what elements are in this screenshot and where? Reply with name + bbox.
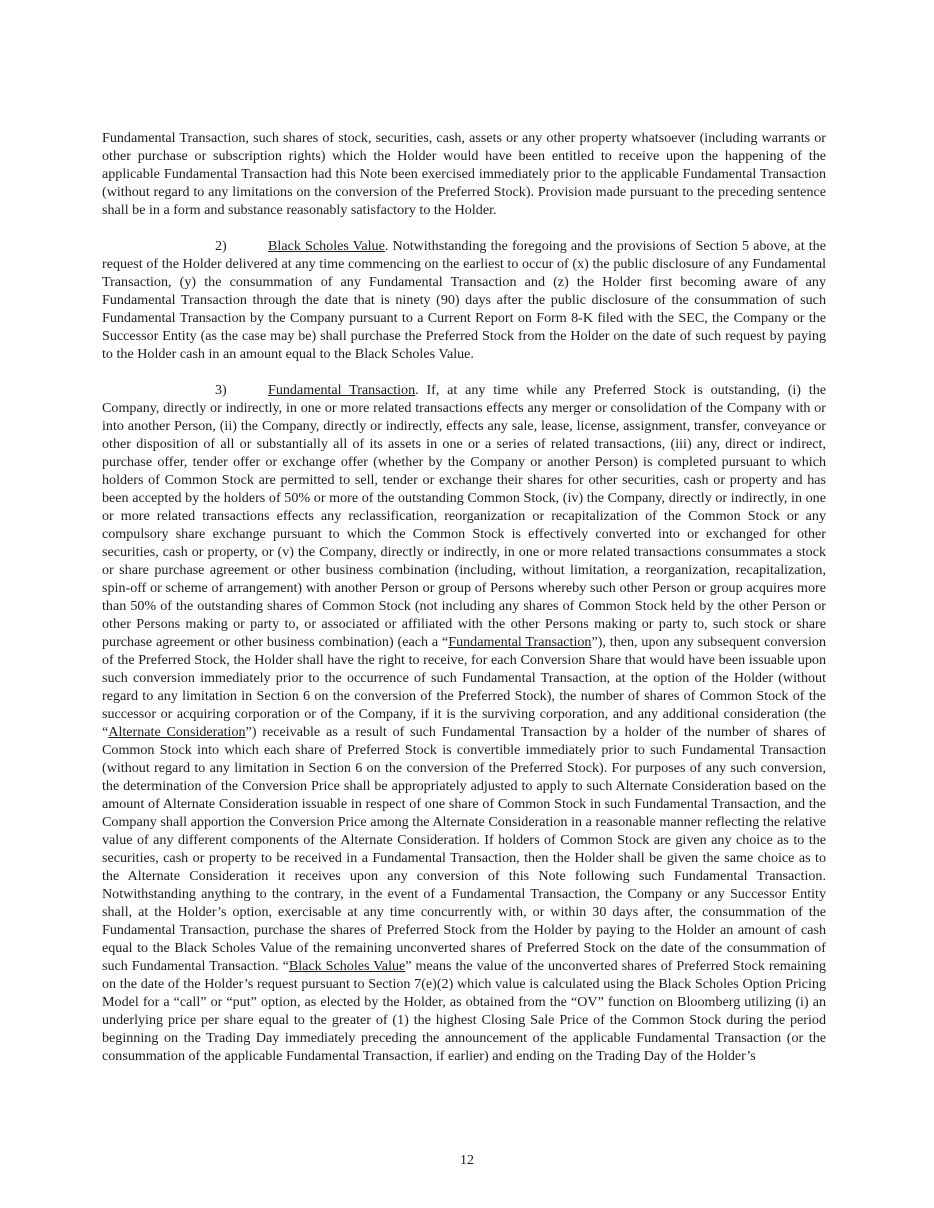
paragraph-text: . Notwithstanding the foregoing and the …: [102, 238, 826, 362]
defined-term: Fundamental Transaction: [448, 634, 591, 650]
section-number: 2): [215, 237, 268, 255]
paragraph-text: Fundamental Transaction, such shares of …: [102, 130, 826, 218]
paragraph-fundamental-transaction: 3)Fundamental Transaction. If, at any ti…: [102, 381, 826, 1065]
page-number: 12: [0, 1153, 934, 1169]
section-number: 3): [215, 381, 268, 399]
paragraph-text: . If, at any time while any Preferred St…: [102, 382, 826, 650]
defined-term: Black Scholes Value: [289, 958, 405, 974]
section-heading: Black Scholes Value: [268, 238, 385, 254]
paragraph-black-scholes-value: 2)Black Scholes Value. Notwithstanding t…: [102, 237, 826, 363]
document-page: Fundamental Transaction, such shares of …: [102, 129, 826, 1083]
paragraph-text: ”) receivable as a result of such Fundam…: [102, 724, 826, 974]
paragraph-continuation: Fundamental Transaction, such shares of …: [102, 129, 826, 219]
defined-term: Alternate Consideration: [108, 724, 245, 740]
section-heading: Fundamental Transaction: [268, 382, 415, 398]
